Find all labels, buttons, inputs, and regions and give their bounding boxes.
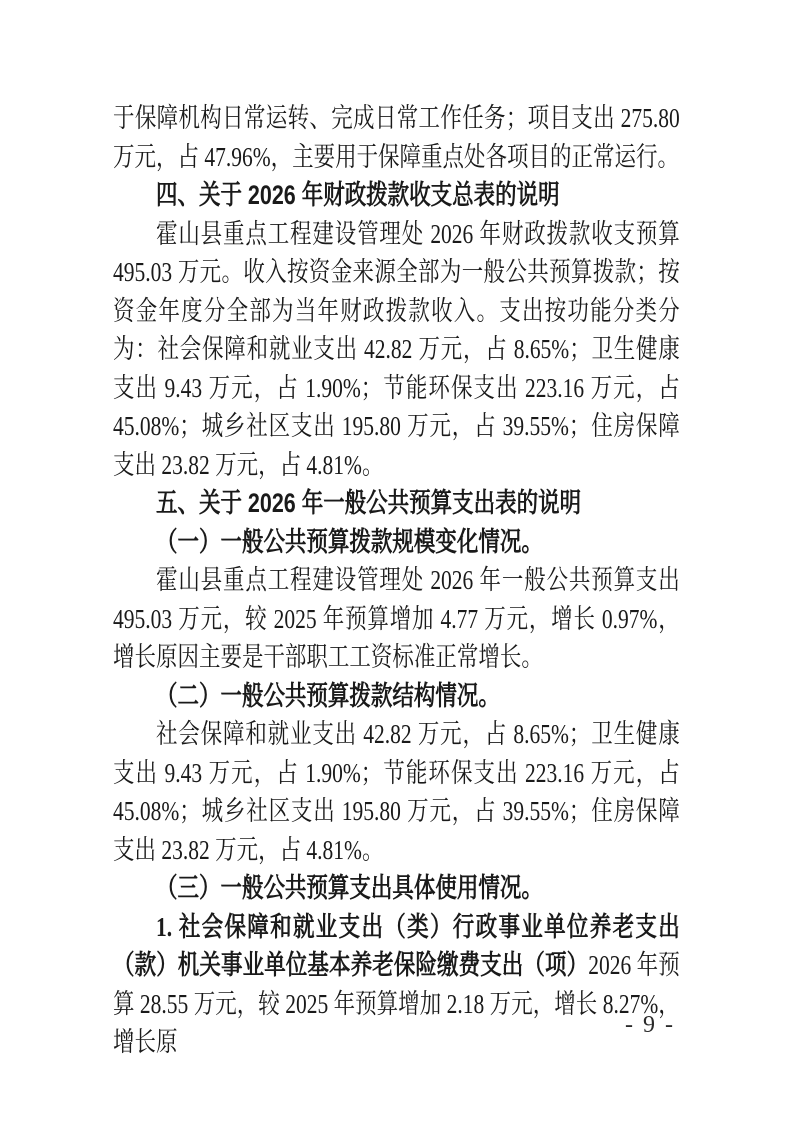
text-run: 于保障机构日常运转、完成日常工作任务；项目支出 275.80 万元，占 47.9…: [113, 103, 680, 172]
section-heading: 四、关于 2026 年财政拨款收支总表的说明: [113, 176, 680, 215]
paragraph: 社会保障和就业支出 42.82 万元，占 8.65%；卫生健康支出 9.43 万…: [113, 715, 680, 869]
paragraph: 霍山县重点工程建设管理处 2026 年一般公共预算支出 495.03 万元，较 …: [113, 561, 680, 677]
text-run: 霍山县重点工程建设管理处 2026 年一般公共预算支出 495.03 万元，较 …: [113, 565, 680, 672]
section-heading: 五、关于 2026 年一般公共预算支出表的说明: [113, 484, 680, 523]
text-run: 五、关于 2026 年一般公共预算支出表的说明: [156, 488, 581, 518]
paragraph: 1. 社会保障和就业支出（类）行政事业单位养老支出（款）机关事业单位基本养老保险…: [113, 908, 680, 1062]
document-page: 于保障机构日常运转、完成日常工作任务；项目支出 275.80 万元，占 47.9…: [0, 0, 793, 1122]
text-run: 四、关于 2026 年财政拨款收支总表的说明: [156, 180, 560, 210]
text-run: （一）一般公共预算拨款规模变化情况。: [156, 527, 543, 557]
text-run: （二）一般公共预算拨款结构情况。: [156, 681, 500, 711]
section-heading: （二）一般公共预算拨款结构情况。: [113, 677, 680, 716]
text-run: 社会保障和就业支出 42.82 万元，占 8.65%；卫生健康支出 9.43 万…: [113, 719, 680, 865]
page-number: - 9 -: [608, 1010, 692, 1040]
text-run: 霍山县重点工程建设管理处 2026 年财政拨款收支预算 495.03 万元。收入…: [113, 219, 680, 480]
document-body: 于保障机构日常运转、完成日常工作任务；项目支出 275.80 万元，占 47.9…: [113, 99, 680, 1062]
text-run: （三）一般公共预算支出具体使用情况。: [156, 873, 543, 903]
paragraph: 于保障机构日常运转、完成日常工作任务；项目支出 275.80 万元，占 47.9…: [113, 99, 680, 176]
section-heading: （一）一般公共预算拨款规模变化情况。: [113, 523, 680, 562]
paragraph: 霍山县重点工程建设管理处 2026 年财政拨款收支预算 495.03 万元。收入…: [113, 215, 680, 485]
section-heading: （三）一般公共预算支出具体使用情况。: [113, 869, 680, 908]
